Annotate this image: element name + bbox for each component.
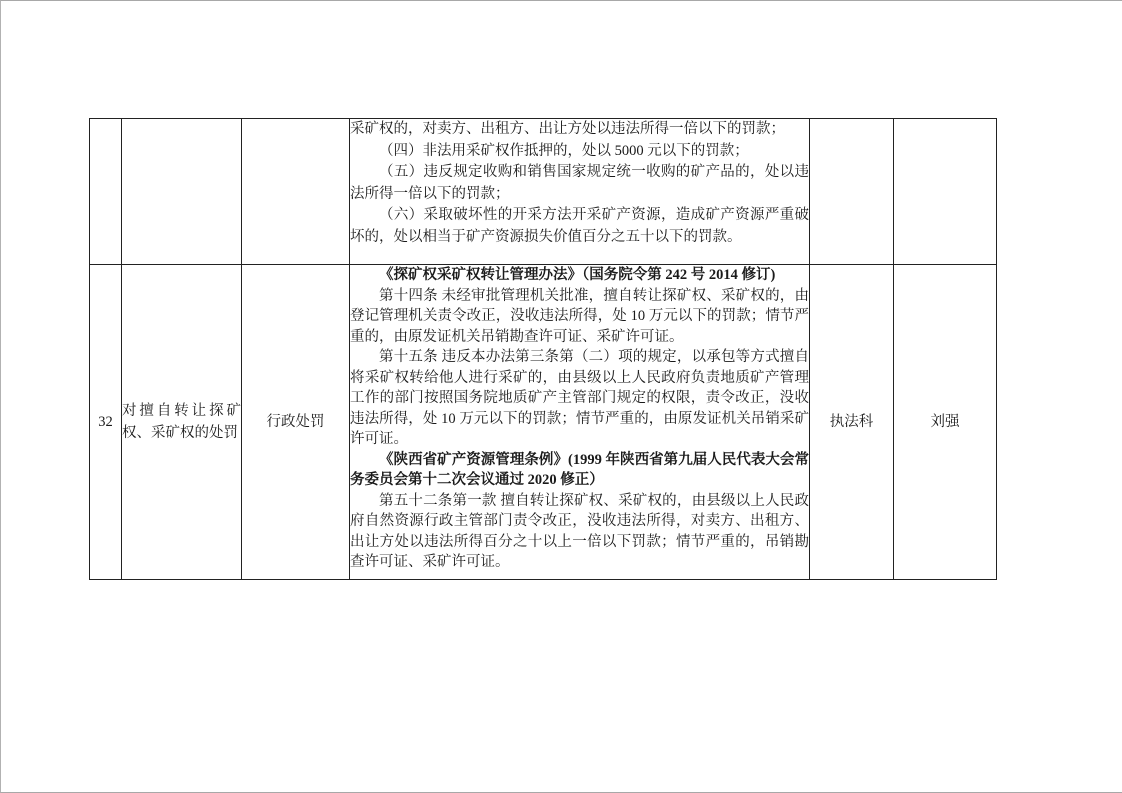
legal-paragraph: 《陕西省矿产资源管理条例》(1999 年陕西省第九届人民代表大会常务委员会第十二… bbox=[350, 450, 809, 491]
penalty-type-cell bbox=[242, 119, 350, 265]
legal-paragraph: （四）非法用采矿权作抵押的，处以 5000 元以下的罚款； bbox=[350, 141, 809, 163]
legal-paragraph: 《探矿权采矿权转让管理办法》（国务院令第 242 号 2014 修订) bbox=[350, 265, 809, 286]
legal-paragraph: 第十四条 未经审批管理机关批准，擅自转让探矿权、采矿权的，由登记管理机关责令改正… bbox=[350, 286, 809, 348]
legal-paragraph: 采矿权的，对卖方、出租方、出让方处以违法所得一倍以下的罚款； bbox=[350, 119, 809, 141]
document-page: 采矿权的，对卖方、出租方、出让方处以违法所得一倍以下的罚款；（四）非法用采矿权作… bbox=[0, 0, 1122, 793]
legal-basis-cell: 采矿权的，对卖方、出租方、出让方处以违法所得一倍以下的罚款；（四）非法用采矿权作… bbox=[350, 119, 810, 265]
legal-basis-cell: 《探矿权采矿权转让管理办法》（国务院令第 242 号 2014 修订)第十四条 … bbox=[350, 265, 810, 580]
legal-paragraph: （五）违反规定收购和销售国家规定统一收购的矿产品的，处以违法所得一倍以下的罚款； bbox=[350, 162, 809, 205]
item-name-cell: 对擅自转让探矿权、采矿权的处罚 bbox=[122, 265, 242, 580]
legal-paragraph: （六）采取破坏性的开采方法开采矿产资源，造成矿产资源严重破坏的，处以相当于矿产资… bbox=[350, 205, 809, 248]
seq-cell: 32 bbox=[90, 265, 122, 580]
penalty-items-table: 采矿权的，对卖方、出租方、出让方处以违法所得一倍以下的罚款；（四）非法用采矿权作… bbox=[89, 118, 997, 580]
table-row-32: 32 对擅自转让探矿权、采矿权的处罚 行政处罚 《探矿权采矿权转让管理办法》（国… bbox=[90, 265, 997, 580]
item-name-cell bbox=[122, 119, 242, 265]
person-cell: 刘强 bbox=[894, 265, 997, 580]
penalty-type-cell: 行政处罚 bbox=[242, 265, 350, 580]
table-row-continuation: 采矿权的，对卖方、出租方、出让方处以违法所得一倍以下的罚款；（四）非法用采矿权作… bbox=[90, 119, 997, 265]
seq-cell bbox=[90, 119, 122, 265]
department-cell: 执法科 bbox=[810, 265, 894, 580]
legal-paragraph: 第五十二条第一款 擅自转让探矿权、采矿权的，由县级以上人民政府自然资源行政主管部… bbox=[350, 491, 809, 573]
department-cell bbox=[810, 119, 894, 265]
person-cell bbox=[894, 119, 997, 265]
legal-paragraph: 第十五条 违反本办法第三条第（二）项的规定，以承包等方式擅自将采矿权转给他人进行… bbox=[350, 347, 809, 450]
